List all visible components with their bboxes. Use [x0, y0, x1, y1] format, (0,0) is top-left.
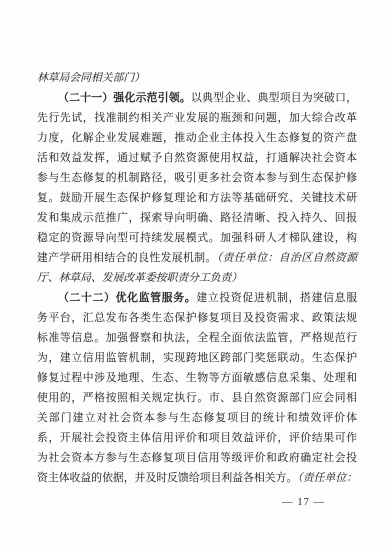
responsibility-segment: 林草局会同相关部门）: [37, 72, 145, 84]
body-segment: 使用的，严格按照相关规定执行。市、县自然资源部门应会同相: [37, 392, 357, 404]
page-number: — 17 —: [282, 497, 325, 508]
text-line: 修复过程中涉及地理、生态、生物等方面敏感信息采集、处理和: [37, 368, 357, 388]
text-line: 资主体收益的依据，并及时反馈给项目利益各相关方。（责任单位：: [37, 468, 357, 488]
responsibility-segment: （责任单位：: [297, 472, 357, 484]
text-line: 发和集成示范推广，探索导向明确、路径清晰、投入持久、回报: [37, 208, 357, 228]
text-line: 参与生态修复的机制路径，吸引更多社会资本参与到生态保护修: [37, 168, 357, 188]
body-segment: 为，建立信用监管机制，实现跨地区跨部门奖惩联动。生态保护: [37, 352, 357, 364]
body-segment: 务平台，汇总发布各类生态保护修复项目及投资需求、政策法规: [37, 312, 357, 324]
text-line: （二十二）优化监管服务。建立投资促进机制，搭建信息服: [37, 288, 357, 308]
body-segment: 建立投资促进机制，搭建信息服: [196, 292, 357, 304]
heading-segment: （二十二）优化监管服务。: [58, 292, 196, 304]
text-line: 系，开展社会投资主体信用评价和项目效益评价，评价结果可作: [37, 428, 357, 448]
body-segment: 稳定的资源导向型可持续发展模式。加强科研人才梯队建设，构: [37, 232, 357, 244]
text-line: 为社会资本方参与生态修复项目信用等级评价和政府确定社会投: [37, 448, 357, 468]
text-line: 使用的，严格按照相关规定执行。市、县自然资源部门应会同相: [37, 388, 357, 408]
heading-segment: （二十一）强化示范引领。: [58, 92, 191, 104]
text-line: （二十一）强化示范引领。以典型企业、典型项目为突破口，: [37, 88, 357, 108]
text-line: 林草局会同相关部门）: [37, 68, 357, 88]
body-segment: 修复过程中涉及地理、生态、生物等方面敏感信息采集、处理和: [37, 372, 357, 384]
text-line: 活和效益发挥，通过赋予自然资源使用权益，打通解决社会资本: [37, 148, 357, 168]
text-line: 为，建立信用监管机制，实现跨地区跨部门奖惩联动。生态保护: [37, 348, 357, 368]
body-segment: 以典型企业、典型项目为突破口，: [191, 92, 357, 104]
body-segment: 标准等信息。加强督察和执法，全程全面依法监管，严格规范行: [37, 332, 357, 344]
text-line: 关部门建立对社会资本参与生态修复项目的统计和绩效评价体: [37, 408, 357, 428]
text-line: 厅、林草局、发展改革委按职责分工负责）: [37, 268, 357, 288]
body-segment: 资主体收益的依据，并及时反馈给项目利益各相关方。: [37, 472, 297, 484]
document-body: 林草局会同相关部门）（二十一）强化示范引领。以典型企业、典型项目为突破口，先行先…: [37, 68, 357, 488]
responsibility-segment: 厅、林草局、发展改革委按职责分工负责）: [37, 272, 242, 284]
text-line: 建产学研用相结合的良性发展机制。（责任单位：自治区自然资源: [37, 248, 357, 268]
document-page: 林草局会同相关部门）（二十一）强化示范引领。以典型企业、典型项目为突破口，先行先…: [0, 0, 390, 551]
body-segment: 力度，化解企业发展难题，推动企业主体投入生态修复的资产盘: [37, 132, 357, 144]
body-segment: 复。鼓励开展生态保护修复理论和方法等基础研究、关键技术研: [37, 192, 357, 204]
body-segment: 建产学研用相结合的良性发展机制。: [37, 252, 217, 264]
body-segment: 先行先试，找准制约相关产业发展的瓶颈和问题，加大综合改革: [37, 112, 357, 124]
text-line: 复。鼓励开展生态保护修复理论和方法等基础研究、关键技术研: [37, 188, 357, 208]
body-segment: 关部门建立对社会资本参与生态修复项目的统计和绩效评价体: [37, 412, 357, 424]
body-segment: 为社会资本方参与生态修复项目信用等级评价和政府确定社会投: [37, 452, 357, 464]
text-line: 标准等信息。加强督察和执法，全程全面依法监管，严格规范行: [37, 328, 357, 348]
text-line: 力度，化解企业发展难题，推动企业主体投入生态修复的资产盘: [37, 128, 357, 148]
responsibility-segment: （责任单位：自治区自然资源: [217, 252, 357, 264]
body-segment: 参与生态修复的机制路径，吸引更多社会资本参与到生态保护修: [37, 172, 357, 184]
text-line: 先行先试，找准制约相关产业发展的瓶颈和问题，加大综合改革: [37, 108, 357, 128]
body-segment: 活和效益发挥，通过赋予自然资源使用权益，打通解决社会资本: [37, 152, 357, 164]
text-line: 稳定的资源导向型可持续发展模式。加强科研人才梯队建设，构: [37, 228, 357, 248]
body-segment: 发和集成示范推广，探索导向明确、路径清晰、投入持久、回报: [37, 212, 357, 224]
text-line: 务平台，汇总发布各类生态保护修复项目及投资需求、政策法规: [37, 308, 357, 328]
body-segment: 系，开展社会投资主体信用评价和项目效益评价，评价结果可作: [37, 432, 357, 444]
